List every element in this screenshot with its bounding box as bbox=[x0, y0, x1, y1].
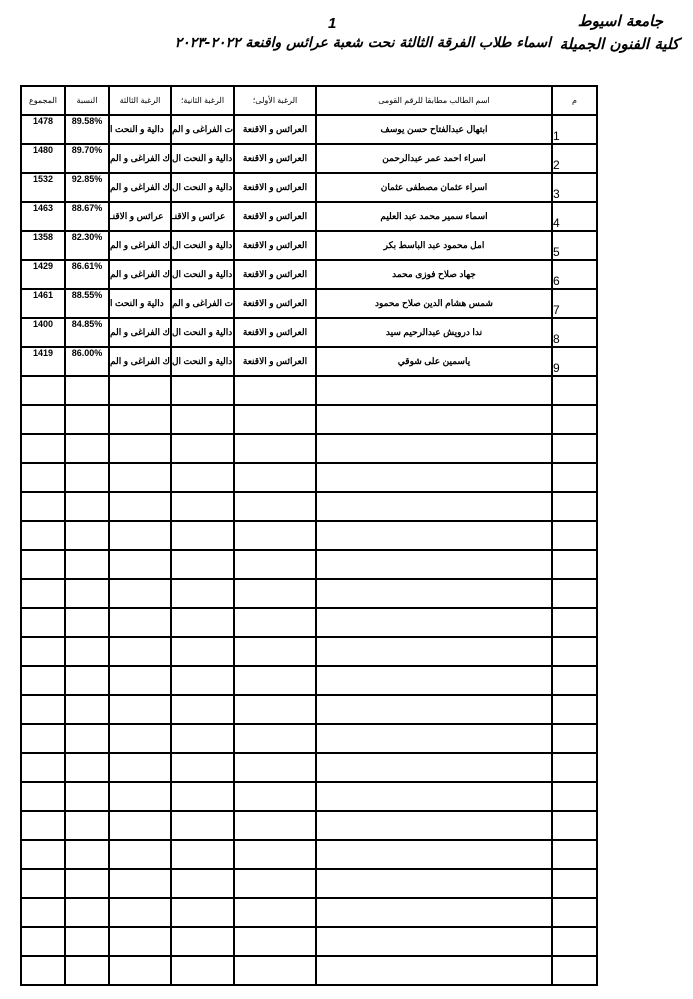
cell-total: 1478 bbox=[21, 115, 65, 144]
cell-choice2-text: دالية و النحت ال bbox=[172, 240, 233, 251]
empty-cell bbox=[552, 724, 597, 753]
cell-choice3-text: ك الفراغى و الم bbox=[110, 269, 170, 280]
cell-choice3-text: ك الفراغى و الم bbox=[110, 182, 170, 193]
empty-cell bbox=[234, 753, 316, 782]
cell-name: شمس هشام الدين صلاح محمود bbox=[316, 289, 552, 318]
empty-cell bbox=[171, 811, 234, 840]
cell-choice2: دالية و النحت ال bbox=[171, 144, 234, 173]
empty-cell bbox=[234, 521, 316, 550]
cell-choice3: ك الفراغى و الم bbox=[109, 260, 171, 289]
empty-cell bbox=[21, 811, 65, 840]
empty-cell bbox=[171, 753, 234, 782]
empty-cell bbox=[316, 869, 552, 898]
empty-cell bbox=[171, 637, 234, 666]
empty-cell bbox=[171, 695, 234, 724]
empty-table-row bbox=[21, 753, 597, 782]
empty-cell bbox=[65, 492, 109, 521]
document-title: اسماء طلاب الفرقة الثالثة نحت شعبة عرائس… bbox=[175, 35, 551, 51]
cell-name: جهاد صلاح فوزى محمد bbox=[316, 260, 552, 289]
empty-table-row bbox=[21, 898, 597, 927]
university-name: جامعة اسيوط bbox=[578, 12, 663, 30]
empty-cell bbox=[171, 840, 234, 869]
cell-total: 1463 bbox=[21, 202, 65, 231]
cell-choice2: دالية و النحت ال bbox=[171, 260, 234, 289]
empty-cell bbox=[234, 376, 316, 405]
empty-cell bbox=[21, 463, 65, 492]
empty-cell bbox=[21, 550, 65, 579]
empty-cell bbox=[552, 869, 597, 898]
column-header-percent: النسبة bbox=[65, 86, 109, 115]
empty-cell bbox=[234, 608, 316, 637]
empty-cell bbox=[316, 898, 552, 927]
empty-table-row bbox=[21, 724, 597, 753]
cell-choice2: دالية و النحت ال bbox=[171, 347, 234, 376]
cell-index: 8 bbox=[552, 318, 597, 347]
cell-name: اسراء احمد عمر عبدالرحمن bbox=[316, 144, 552, 173]
table-row: 2اسراء احمد عمر عبدالرحمنالعرائس و الاقن… bbox=[21, 144, 597, 173]
empty-cell bbox=[109, 492, 171, 521]
empty-cell bbox=[171, 898, 234, 927]
empty-cell bbox=[552, 521, 597, 550]
empty-cell bbox=[234, 956, 316, 985]
empty-cell bbox=[109, 753, 171, 782]
empty-table-row bbox=[21, 492, 597, 521]
empty-cell bbox=[109, 463, 171, 492]
cell-percent: 88.67% bbox=[65, 202, 109, 231]
cell-name: اسماء سمير محمد عبد العليم bbox=[316, 202, 552, 231]
empty-cell bbox=[171, 550, 234, 579]
empty-table-row bbox=[21, 579, 597, 608]
empty-table-row bbox=[21, 956, 597, 985]
empty-cell bbox=[316, 956, 552, 985]
empty-cell bbox=[234, 637, 316, 666]
empty-cell bbox=[552, 492, 597, 521]
cell-name: ندا درويش عبدالرحيم سيد bbox=[316, 318, 552, 347]
page-number: 1 bbox=[328, 15, 336, 32]
empty-cell bbox=[552, 956, 597, 985]
empty-cell bbox=[109, 579, 171, 608]
cell-choice2-text: دالية و النحت ال bbox=[172, 356, 233, 367]
empty-cell bbox=[65, 550, 109, 579]
empty-cell bbox=[171, 463, 234, 492]
empty-cell bbox=[234, 782, 316, 811]
empty-cell bbox=[65, 869, 109, 898]
cell-choice2-text: دالية و النحت ال bbox=[172, 182, 233, 193]
column-header-index: م bbox=[552, 86, 597, 115]
empty-table-row bbox=[21, 608, 597, 637]
empty-cell bbox=[552, 405, 597, 434]
empty-table-row bbox=[21, 695, 597, 724]
cell-name: امل محمود عبد الباسط بكر bbox=[316, 231, 552, 260]
empty-cell bbox=[316, 376, 552, 405]
table-row: 4اسماء سمير محمد عبد العليمالعرائس و الا… bbox=[21, 202, 597, 231]
empty-table-row bbox=[21, 405, 597, 434]
empty-cell bbox=[234, 463, 316, 492]
column-header-total: المجموع bbox=[21, 86, 65, 115]
empty-cell bbox=[316, 492, 552, 521]
cell-choice2-text: دالية و النحت ال bbox=[172, 327, 233, 338]
cell-choice2-text: ت الفراغى و الم bbox=[172, 298, 233, 309]
cell-total: 1358 bbox=[21, 231, 65, 260]
empty-cell bbox=[552, 695, 597, 724]
empty-cell bbox=[65, 463, 109, 492]
table-row: 5امل محمود عبد الباسط بكرالعرائس و الاقن… bbox=[21, 231, 597, 260]
column-header-choice2: الرغبة الثانية؛ bbox=[171, 86, 234, 115]
cell-name: اسراء عثمان مصطفى عثمان bbox=[316, 173, 552, 202]
cell-choice3-text: ك الفراغى و الم bbox=[110, 240, 170, 251]
empty-cell bbox=[316, 753, 552, 782]
cell-name: ابتهال عبدالفتاح حسن يوسف bbox=[316, 115, 552, 144]
cell-index: 9 bbox=[552, 347, 597, 376]
empty-cell bbox=[316, 811, 552, 840]
cell-choice1: العرائس و الاقنعة bbox=[234, 115, 316, 144]
empty-cell bbox=[234, 724, 316, 753]
column-header-name: اسم الطالب مطابقا للرقم القومى bbox=[316, 86, 552, 115]
empty-cell bbox=[21, 724, 65, 753]
cell-percent: 92.85% bbox=[65, 173, 109, 202]
cell-choice3: عرائس و الاقنـ bbox=[109, 202, 171, 231]
empty-table-row bbox=[21, 782, 597, 811]
empty-cell bbox=[65, 521, 109, 550]
cell-choice1: العرائس و الاقنعة bbox=[234, 173, 316, 202]
cell-choice1: العرائس و الاقنعة bbox=[234, 318, 316, 347]
empty-cell bbox=[234, 695, 316, 724]
table-header-row: م اسم الطالب مطابقا للرقم القومى الرغبة … bbox=[21, 86, 597, 115]
empty-cell bbox=[316, 724, 552, 753]
cell-choice2: دالية و النحت ال bbox=[171, 231, 234, 260]
cell-choice3: دالية و النحت ا bbox=[109, 115, 171, 144]
cell-total: 1461 bbox=[21, 289, 65, 318]
empty-cell bbox=[21, 608, 65, 637]
cell-percent: 89.70% bbox=[65, 144, 109, 173]
empty-cell bbox=[21, 898, 65, 927]
empty-cell bbox=[552, 840, 597, 869]
cell-index: 6 bbox=[552, 260, 597, 289]
cell-choice3: دالية و النحت ا bbox=[109, 289, 171, 318]
cell-choice2: ت الفراغى و الم bbox=[171, 289, 234, 318]
cell-total: 1532 bbox=[21, 173, 65, 202]
empty-cell bbox=[552, 376, 597, 405]
empty-cell bbox=[65, 637, 109, 666]
empty-cell bbox=[316, 521, 552, 550]
empty-table-row bbox=[21, 927, 597, 956]
empty-cell bbox=[171, 724, 234, 753]
empty-cell bbox=[234, 811, 316, 840]
empty-cell bbox=[552, 637, 597, 666]
cell-choice2: دالية و النحت ال bbox=[171, 318, 234, 347]
empty-cell bbox=[109, 376, 171, 405]
cell-choice3: ك الفراغى و الم bbox=[109, 231, 171, 260]
empty-cell bbox=[171, 434, 234, 463]
empty-table-row bbox=[21, 434, 597, 463]
cell-choice3: ك الفراغى و الم bbox=[109, 173, 171, 202]
empty-table-row bbox=[21, 463, 597, 492]
empty-table-row bbox=[21, 840, 597, 869]
cell-index: 4 bbox=[552, 202, 597, 231]
empty-cell bbox=[316, 463, 552, 492]
empty-cell bbox=[552, 579, 597, 608]
empty-cell bbox=[65, 434, 109, 463]
empty-cell bbox=[21, 579, 65, 608]
empty-cell bbox=[316, 550, 552, 579]
empty-cell bbox=[171, 376, 234, 405]
cell-choice2-text: ت الفراغى و الم bbox=[172, 124, 233, 135]
empty-table-row bbox=[21, 637, 597, 666]
empty-cell bbox=[21, 521, 65, 550]
empty-cell bbox=[552, 927, 597, 956]
cell-percent: 86.00% bbox=[65, 347, 109, 376]
empty-cell bbox=[234, 405, 316, 434]
empty-cell bbox=[65, 840, 109, 869]
empty-cell bbox=[109, 840, 171, 869]
empty-cell bbox=[109, 695, 171, 724]
empty-cell bbox=[552, 434, 597, 463]
empty-cell bbox=[65, 666, 109, 695]
cell-index: 3 bbox=[552, 173, 597, 202]
cell-choice3-text: دالية و النحت ا bbox=[110, 298, 170, 309]
empty-cell bbox=[552, 666, 597, 695]
empty-table-row bbox=[21, 521, 597, 550]
empty-cell bbox=[109, 550, 171, 579]
cell-name: ياسمين على شوقي bbox=[316, 347, 552, 376]
empty-cell bbox=[234, 840, 316, 869]
empty-cell bbox=[552, 898, 597, 927]
empty-cell bbox=[65, 956, 109, 985]
empty-cell bbox=[109, 898, 171, 927]
cell-choice2: ت الفراغى و الم bbox=[171, 115, 234, 144]
empty-cell bbox=[21, 840, 65, 869]
cell-total: 1429 bbox=[21, 260, 65, 289]
empty-cell bbox=[316, 405, 552, 434]
table-row: 6جهاد صلاح فوزى محمدالعرائس و الاقنعةدال… bbox=[21, 260, 597, 289]
table-row: 9ياسمين على شوقيالعرائس و الاقنعةدالية و… bbox=[21, 347, 597, 376]
empty-cell bbox=[316, 637, 552, 666]
empty-cell bbox=[234, 666, 316, 695]
cell-choice3: ك الفراغى و الم bbox=[109, 144, 171, 173]
cell-index: 5 bbox=[552, 231, 597, 260]
empty-cell bbox=[109, 956, 171, 985]
empty-cell bbox=[65, 898, 109, 927]
empty-cell bbox=[21, 376, 65, 405]
cell-choice2-text: دالية و النحت ال bbox=[172, 269, 233, 280]
cell-index: 1 bbox=[552, 115, 597, 144]
empty-cell bbox=[65, 782, 109, 811]
cell-percent: 82.30% bbox=[65, 231, 109, 260]
cell-index: 7 bbox=[552, 289, 597, 318]
empty-cell bbox=[234, 898, 316, 927]
empty-table-row bbox=[21, 869, 597, 898]
cell-choice1: العرائس و الاقنعة bbox=[234, 347, 316, 376]
empty-cell bbox=[109, 927, 171, 956]
empty-cell bbox=[65, 405, 109, 434]
empty-cell bbox=[109, 434, 171, 463]
empty-cell bbox=[316, 927, 552, 956]
empty-cell bbox=[21, 956, 65, 985]
empty-cell bbox=[21, 434, 65, 463]
empty-cell bbox=[552, 463, 597, 492]
empty-cell bbox=[21, 927, 65, 956]
table-row: 1ابتهال عبدالفتاح حسن يوسفالعرائس و الاق… bbox=[21, 115, 597, 144]
empty-cell bbox=[171, 869, 234, 898]
empty-cell bbox=[171, 405, 234, 434]
empty-cell bbox=[171, 956, 234, 985]
empty-cell bbox=[65, 579, 109, 608]
empty-cell bbox=[552, 550, 597, 579]
empty-cell bbox=[316, 608, 552, 637]
cell-total: 1400 bbox=[21, 318, 65, 347]
empty-cell bbox=[109, 637, 171, 666]
empty-cell bbox=[109, 724, 171, 753]
empty-cell bbox=[171, 608, 234, 637]
empty-cell bbox=[65, 753, 109, 782]
empty-table-row bbox=[21, 550, 597, 579]
empty-cell bbox=[316, 782, 552, 811]
empty-cell bbox=[109, 521, 171, 550]
empty-table-row bbox=[21, 811, 597, 840]
cell-choice3-text: ك الفراغى و الم bbox=[110, 153, 170, 164]
cell-choice2: عرائس و الاقنـ bbox=[171, 202, 234, 231]
empty-cell bbox=[21, 666, 65, 695]
empty-cell bbox=[21, 405, 65, 434]
empty-cell bbox=[171, 521, 234, 550]
cell-choice3: ك الفراغى و الم bbox=[109, 347, 171, 376]
empty-cell bbox=[65, 811, 109, 840]
empty-cell bbox=[234, 579, 316, 608]
column-header-choice1: الرغبة الأولى؛ bbox=[234, 86, 316, 115]
empty-cell bbox=[109, 811, 171, 840]
faculty-name: كلية الفنون الجميلة bbox=[560, 35, 679, 53]
empty-cell bbox=[109, 666, 171, 695]
cell-choice3-text: ك الفراغى و الم bbox=[110, 327, 170, 338]
empty-cell bbox=[552, 753, 597, 782]
empty-cell bbox=[21, 869, 65, 898]
empty-cell bbox=[234, 927, 316, 956]
students-table: م اسم الطالب مطابقا للرقم القومى الرغبة … bbox=[20, 85, 598, 986]
empty-cell bbox=[234, 869, 316, 898]
table-row: 7شمس هشام الدين صلاح محمودالعرائس و الاق… bbox=[21, 289, 597, 318]
empty-cell bbox=[316, 579, 552, 608]
empty-cell bbox=[316, 840, 552, 869]
empty-cell bbox=[109, 782, 171, 811]
empty-cell bbox=[65, 376, 109, 405]
cell-choice1: العرائس و الاقنعة bbox=[234, 260, 316, 289]
empty-cell bbox=[65, 724, 109, 753]
empty-cell bbox=[171, 782, 234, 811]
cell-percent: 89.58% bbox=[65, 115, 109, 144]
empty-cell bbox=[21, 782, 65, 811]
empty-cell bbox=[316, 666, 552, 695]
empty-cell bbox=[234, 550, 316, 579]
cell-choice3: ك الفراغى و الم bbox=[109, 318, 171, 347]
column-header-choice3: الرغبة الثالثة bbox=[109, 86, 171, 115]
empty-cell bbox=[171, 492, 234, 521]
cell-choice1: العرائس و الاقنعة bbox=[234, 202, 316, 231]
cell-percent: 88.55% bbox=[65, 289, 109, 318]
cell-choice3-text: ك الفراغى و الم bbox=[110, 356, 170, 367]
empty-table-row bbox=[21, 376, 597, 405]
empty-cell bbox=[552, 782, 597, 811]
empty-cell bbox=[21, 753, 65, 782]
empty-cell bbox=[552, 811, 597, 840]
empty-table-row bbox=[21, 666, 597, 695]
cell-total: 1480 bbox=[21, 144, 65, 173]
cell-choice1: العرائس و الاقنعة bbox=[234, 289, 316, 318]
empty-cell bbox=[65, 695, 109, 724]
cell-choice2-text: دالية و النحت ال bbox=[172, 153, 233, 164]
cell-total: 1419 bbox=[21, 347, 65, 376]
empty-cell bbox=[21, 492, 65, 521]
empty-cell bbox=[171, 927, 234, 956]
empty-cell bbox=[65, 927, 109, 956]
empty-cell bbox=[316, 695, 552, 724]
cell-choice3-text: عرائس و الاقنـ bbox=[110, 211, 170, 222]
cell-choice3-text: دالية و النحت ا bbox=[110, 124, 170, 135]
empty-cell bbox=[21, 695, 65, 724]
empty-cell bbox=[109, 608, 171, 637]
cell-choice1: العرائس و الاقنعة bbox=[234, 144, 316, 173]
empty-cell bbox=[552, 608, 597, 637]
cell-percent: 86.61% bbox=[65, 260, 109, 289]
cell-choice2-text: عرائس و الاقنـ bbox=[172, 211, 233, 222]
cell-percent: 84.85% bbox=[65, 318, 109, 347]
empty-cell bbox=[21, 637, 65, 666]
empty-cell bbox=[109, 869, 171, 898]
cell-index: 2 bbox=[552, 144, 597, 173]
empty-cell bbox=[65, 608, 109, 637]
cell-choice1: العرائس و الاقنعة bbox=[234, 231, 316, 260]
empty-cell bbox=[234, 434, 316, 463]
table-row: 8ندا درويش عبدالرحيم سيدالعرائس و الاقنع… bbox=[21, 318, 597, 347]
empty-cell bbox=[234, 492, 316, 521]
empty-cell bbox=[171, 579, 234, 608]
empty-cell bbox=[316, 434, 552, 463]
empty-cell bbox=[171, 666, 234, 695]
table-row: 3اسراء عثمان مصطفى عثمانالعرائس و الاقنع… bbox=[21, 173, 597, 202]
empty-cell bbox=[109, 405, 171, 434]
cell-choice2: دالية و النحت ال bbox=[171, 173, 234, 202]
